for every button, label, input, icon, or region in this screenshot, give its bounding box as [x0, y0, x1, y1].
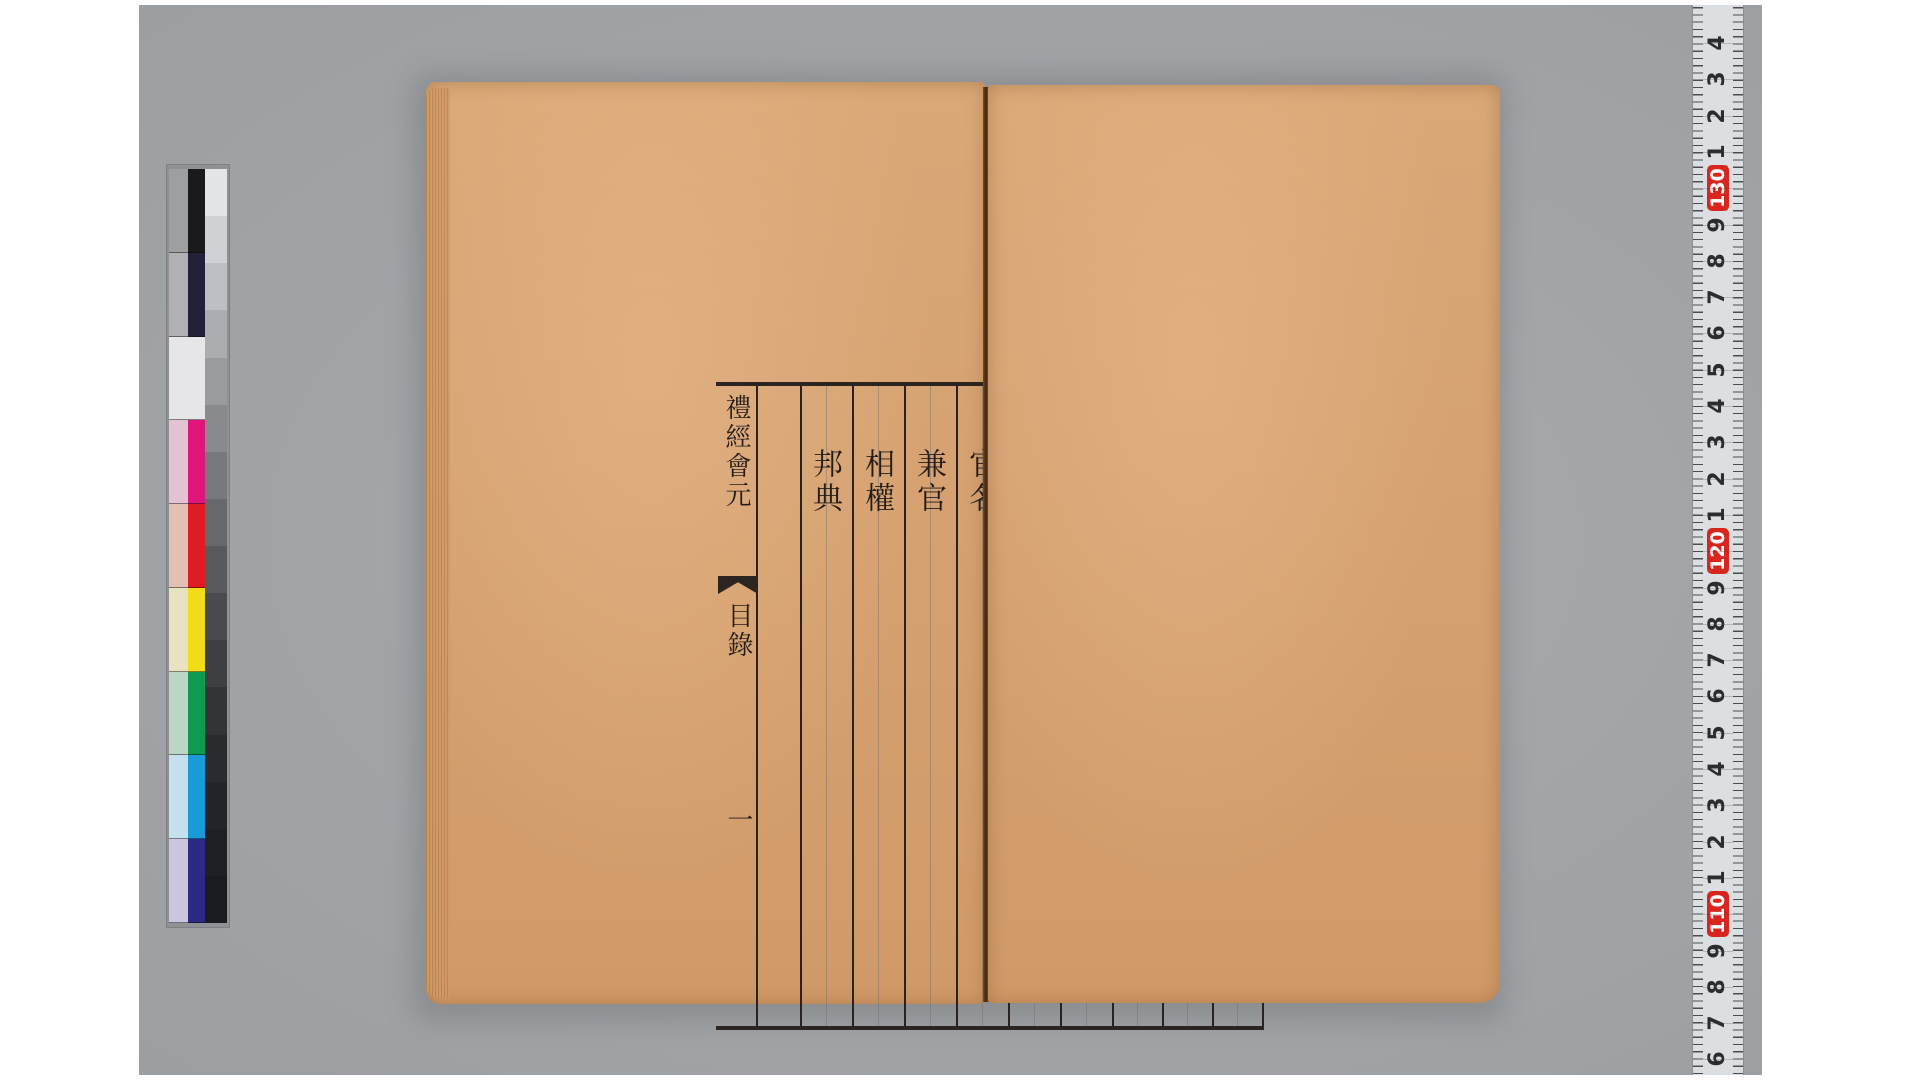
color-card-saturated-column — [188, 169, 205, 923]
ruler-ticks-left — [1693, 5, 1703, 1075]
color-swatch — [169, 253, 188, 337]
color-swatch — [205, 876, 227, 923]
color-swatch — [205, 735, 227, 782]
color-swatch — [205, 405, 227, 452]
color-swatch — [205, 310, 227, 357]
color-swatch — [205, 452, 227, 499]
color-swatch — [188, 253, 205, 337]
color-swatch — [169, 588, 188, 672]
color-swatch — [188, 672, 205, 756]
left-page: 禮經會元 目錄 一 宋葉文康公禮經會元目錄 卷一 禮經原序 註疏原序 民極 官名… — [426, 82, 985, 1004]
color-swatch — [188, 504, 205, 588]
color-swatch — [169, 839, 188, 923]
color-swatch — [188, 588, 205, 672]
color-swatch — [169, 504, 188, 588]
toc-entry: 相權 — [860, 448, 892, 516]
color-swatch — [205, 640, 227, 687]
color-swatch — [169, 337, 188, 421]
color-swatch — [188, 839, 205, 923]
color-swatch — [205, 782, 227, 829]
color-checker-card — [167, 165, 229, 927]
color-swatch — [169, 169, 188, 253]
block-heart-title: 禮經會元 — [720, 394, 752, 510]
color-swatch — [205, 829, 227, 876]
color-swatch — [188, 420, 205, 504]
color-swatch — [205, 687, 227, 734]
fishtail-mark-icon — [718, 576, 758, 594]
toc-entry: 邦典 — [808, 448, 840, 516]
color-swatch — [169, 755, 188, 839]
photo-background: 43211309876543211209876543211109876 — [139, 5, 1762, 1075]
column-rule — [800, 386, 802, 1026]
measuring-ruler: 43211309876543211209876543211109876 — [1692, 5, 1744, 1075]
color-card-grayscale-column — [205, 169, 227, 923]
color-swatch — [205, 546, 227, 593]
color-swatch — [188, 755, 205, 839]
column-rule — [904, 386, 906, 1026]
color-swatch — [188, 337, 205, 421]
ruler-label: 6 — [1707, 1034, 1729, 1075]
right-page: 禮經會元周官 卷之一 禮經會元 凡例 一 一是編精金美玉不勝標舉今擇其行文尤要者… — [988, 85, 1500, 1003]
color-swatch — [169, 420, 188, 504]
color-swatch — [169, 672, 188, 756]
ruler-ticks-right — [1733, 5, 1743, 1075]
color-swatch — [205, 593, 227, 640]
column-rule — [852, 386, 854, 1026]
color-swatch — [188, 169, 205, 253]
color-swatch — [205, 263, 227, 310]
column-rule — [956, 386, 958, 1026]
block-heart-page-number: 一 — [722, 806, 754, 835]
block-heart-section: 目錄 — [722, 602, 754, 660]
toc-entry: 兼官 — [912, 448, 944, 516]
color-swatch — [205, 499, 227, 546]
frame-rule — [756, 386, 758, 1026]
color-card-light-column — [169, 169, 188, 923]
color-swatch — [205, 169, 227, 216]
color-swatch — [205, 358, 227, 405]
color-swatch — [205, 216, 227, 263]
